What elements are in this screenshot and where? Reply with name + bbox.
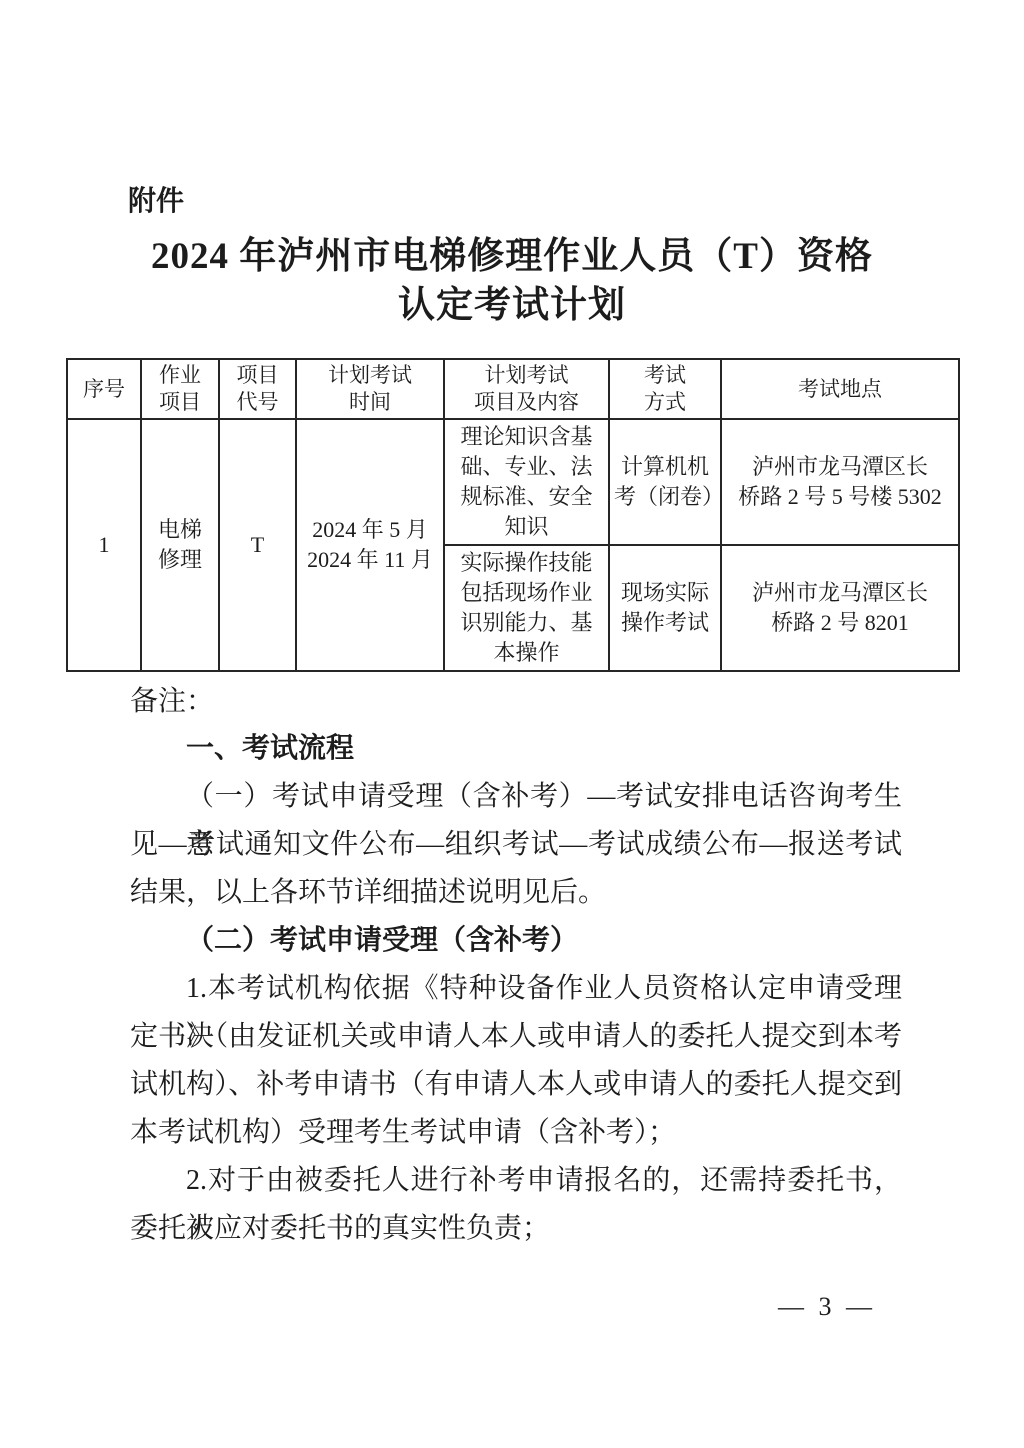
notes-line: 定书》（由发证机关或申请人本人或申请人的委托人提交到本考 bbox=[130, 1013, 902, 1061]
notes-line: 试机构）、补考申请书（有申请人本人或申请人的委托人提交到 bbox=[130, 1061, 902, 1109]
attachment-label: 附件 bbox=[128, 186, 184, 216]
cell-practical-location: 泸州市龙马潭区长 桥路 2 号 8201 bbox=[721, 545, 959, 671]
exam-schedule-table: 序号 作业 项目 项目 代号 计划考试 时间 计划考试 项目及内容 考试 方式 … bbox=[66, 358, 960, 672]
page-title: 2024 年泸州市电梯修理作业人员（T）资格 认定考试计划 bbox=[0, 232, 1024, 330]
header-cell-project: 作业 项目 bbox=[141, 359, 219, 419]
header-cell-content: 计划考试 项目及内容 bbox=[444, 359, 609, 419]
header-cell-code: 项目 代号 bbox=[219, 359, 296, 419]
header-cell-time: 计划考试 时间 bbox=[296, 359, 444, 419]
page-title-line-2: 认定考试计划 bbox=[0, 281, 1024, 330]
document-page: 附件 2024 年泸州市电梯修理作业人员（T）资格 认定考试计划 序号 作业 项… bbox=[0, 0, 1024, 1448]
cell-practical-method: 现场实际 操作考试 bbox=[609, 545, 721, 671]
notes-line: （一）考试申请受理（含补考）—考试安排电话咨询考生意 bbox=[130, 773, 902, 821]
cell-theory-location: 泸州市龙马潭区长 桥路 2 号 5 号楼 5302 bbox=[721, 419, 959, 545]
page-number: — 3 — bbox=[778, 1292, 876, 1322]
notes-line: 本考试机构）受理考生考试申请（含补考）； bbox=[130, 1109, 902, 1157]
table-row-theory: 1 电梯 修理 T 2024 年 5 月 2024 年 11 月 理论知识含基 … bbox=[67, 419, 959, 545]
cell-theory-method: 计算机机 考（闭卷） bbox=[609, 419, 721, 545]
notes-line: 见—考试通知文件公布—组织考试—考试成绩公布—报送考试 bbox=[130, 821, 902, 869]
notes-heading-application: （二）考试申请受理（含补考） bbox=[130, 917, 902, 965]
cell-practical-content: 实际操作技能 包括现场作业 识别能力、基 本操作 bbox=[444, 545, 609, 671]
notes-line: 委托人应对委托书的真实性负责； bbox=[130, 1205, 902, 1253]
table-header-row: 序号 作业 项目 项目 代号 计划考试 时间 计划考试 项目及内容 考试 方式 … bbox=[67, 359, 959, 419]
header-cell-seq: 序号 bbox=[67, 359, 141, 419]
notes-heading-exam-process: 一、考试流程 bbox=[130, 725, 902, 773]
page-title-line-1: 2024 年泸州市电梯修理作业人员（T）资格 bbox=[0, 232, 1024, 281]
cell-code: T bbox=[219, 419, 296, 671]
notes-line: 结果，以上各环节详细描述说明见后。 bbox=[130, 869, 902, 917]
header-cell-location: 考试地点 bbox=[721, 359, 959, 419]
notes-line: 2.对于由被委托人进行补考申请报名的，还需持委托书，被 bbox=[130, 1157, 902, 1205]
header-cell-method: 考试 方式 bbox=[609, 359, 721, 419]
notes-line: 1.本考试机构依据《特种设备作业人员资格认定申请受理决 bbox=[130, 965, 902, 1013]
cell-seq: 1 bbox=[67, 419, 141, 671]
cell-project: 电梯 修理 bbox=[141, 419, 219, 671]
cell-time: 2024 年 5 月 2024 年 11 月 bbox=[296, 419, 444, 671]
notes-section: 一、考试流程 （一）考试申请受理（含补考）—考试安排电话咨询考生意 见—考试通知… bbox=[130, 725, 902, 1253]
notes-label: 备注： bbox=[130, 688, 214, 716]
cell-theory-content: 理论知识含基 础、专业、法 规标准、安全 知识 bbox=[444, 419, 609, 545]
